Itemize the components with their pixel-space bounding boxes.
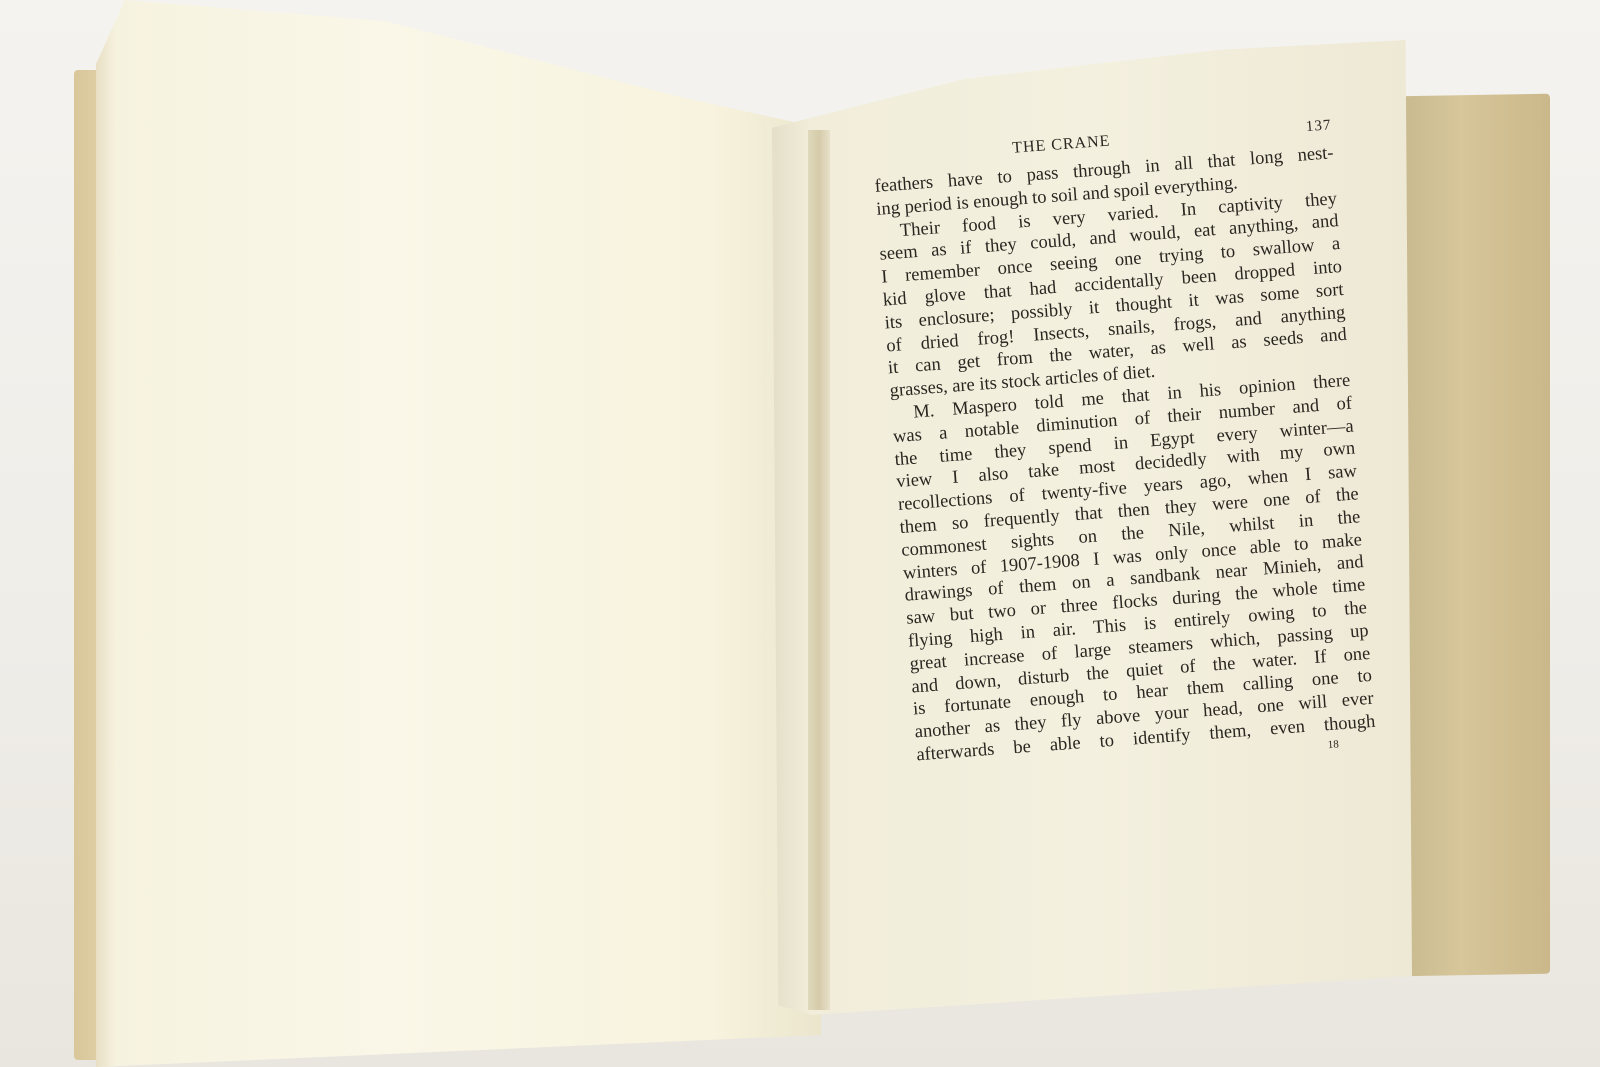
book-gutter	[808, 130, 830, 1010]
blank-left-page	[96, 0, 821, 1067]
left-page-edge	[96, 0, 116, 1067]
page-number: 137	[1305, 117, 1332, 136]
book-cover-right	[1400, 94, 1550, 977]
body-text: feathers have to pass through in all tha…	[874, 142, 1376, 767]
page-text-block: THE CRANE 137 feathers have to pass thro…	[872, 116, 1377, 781]
